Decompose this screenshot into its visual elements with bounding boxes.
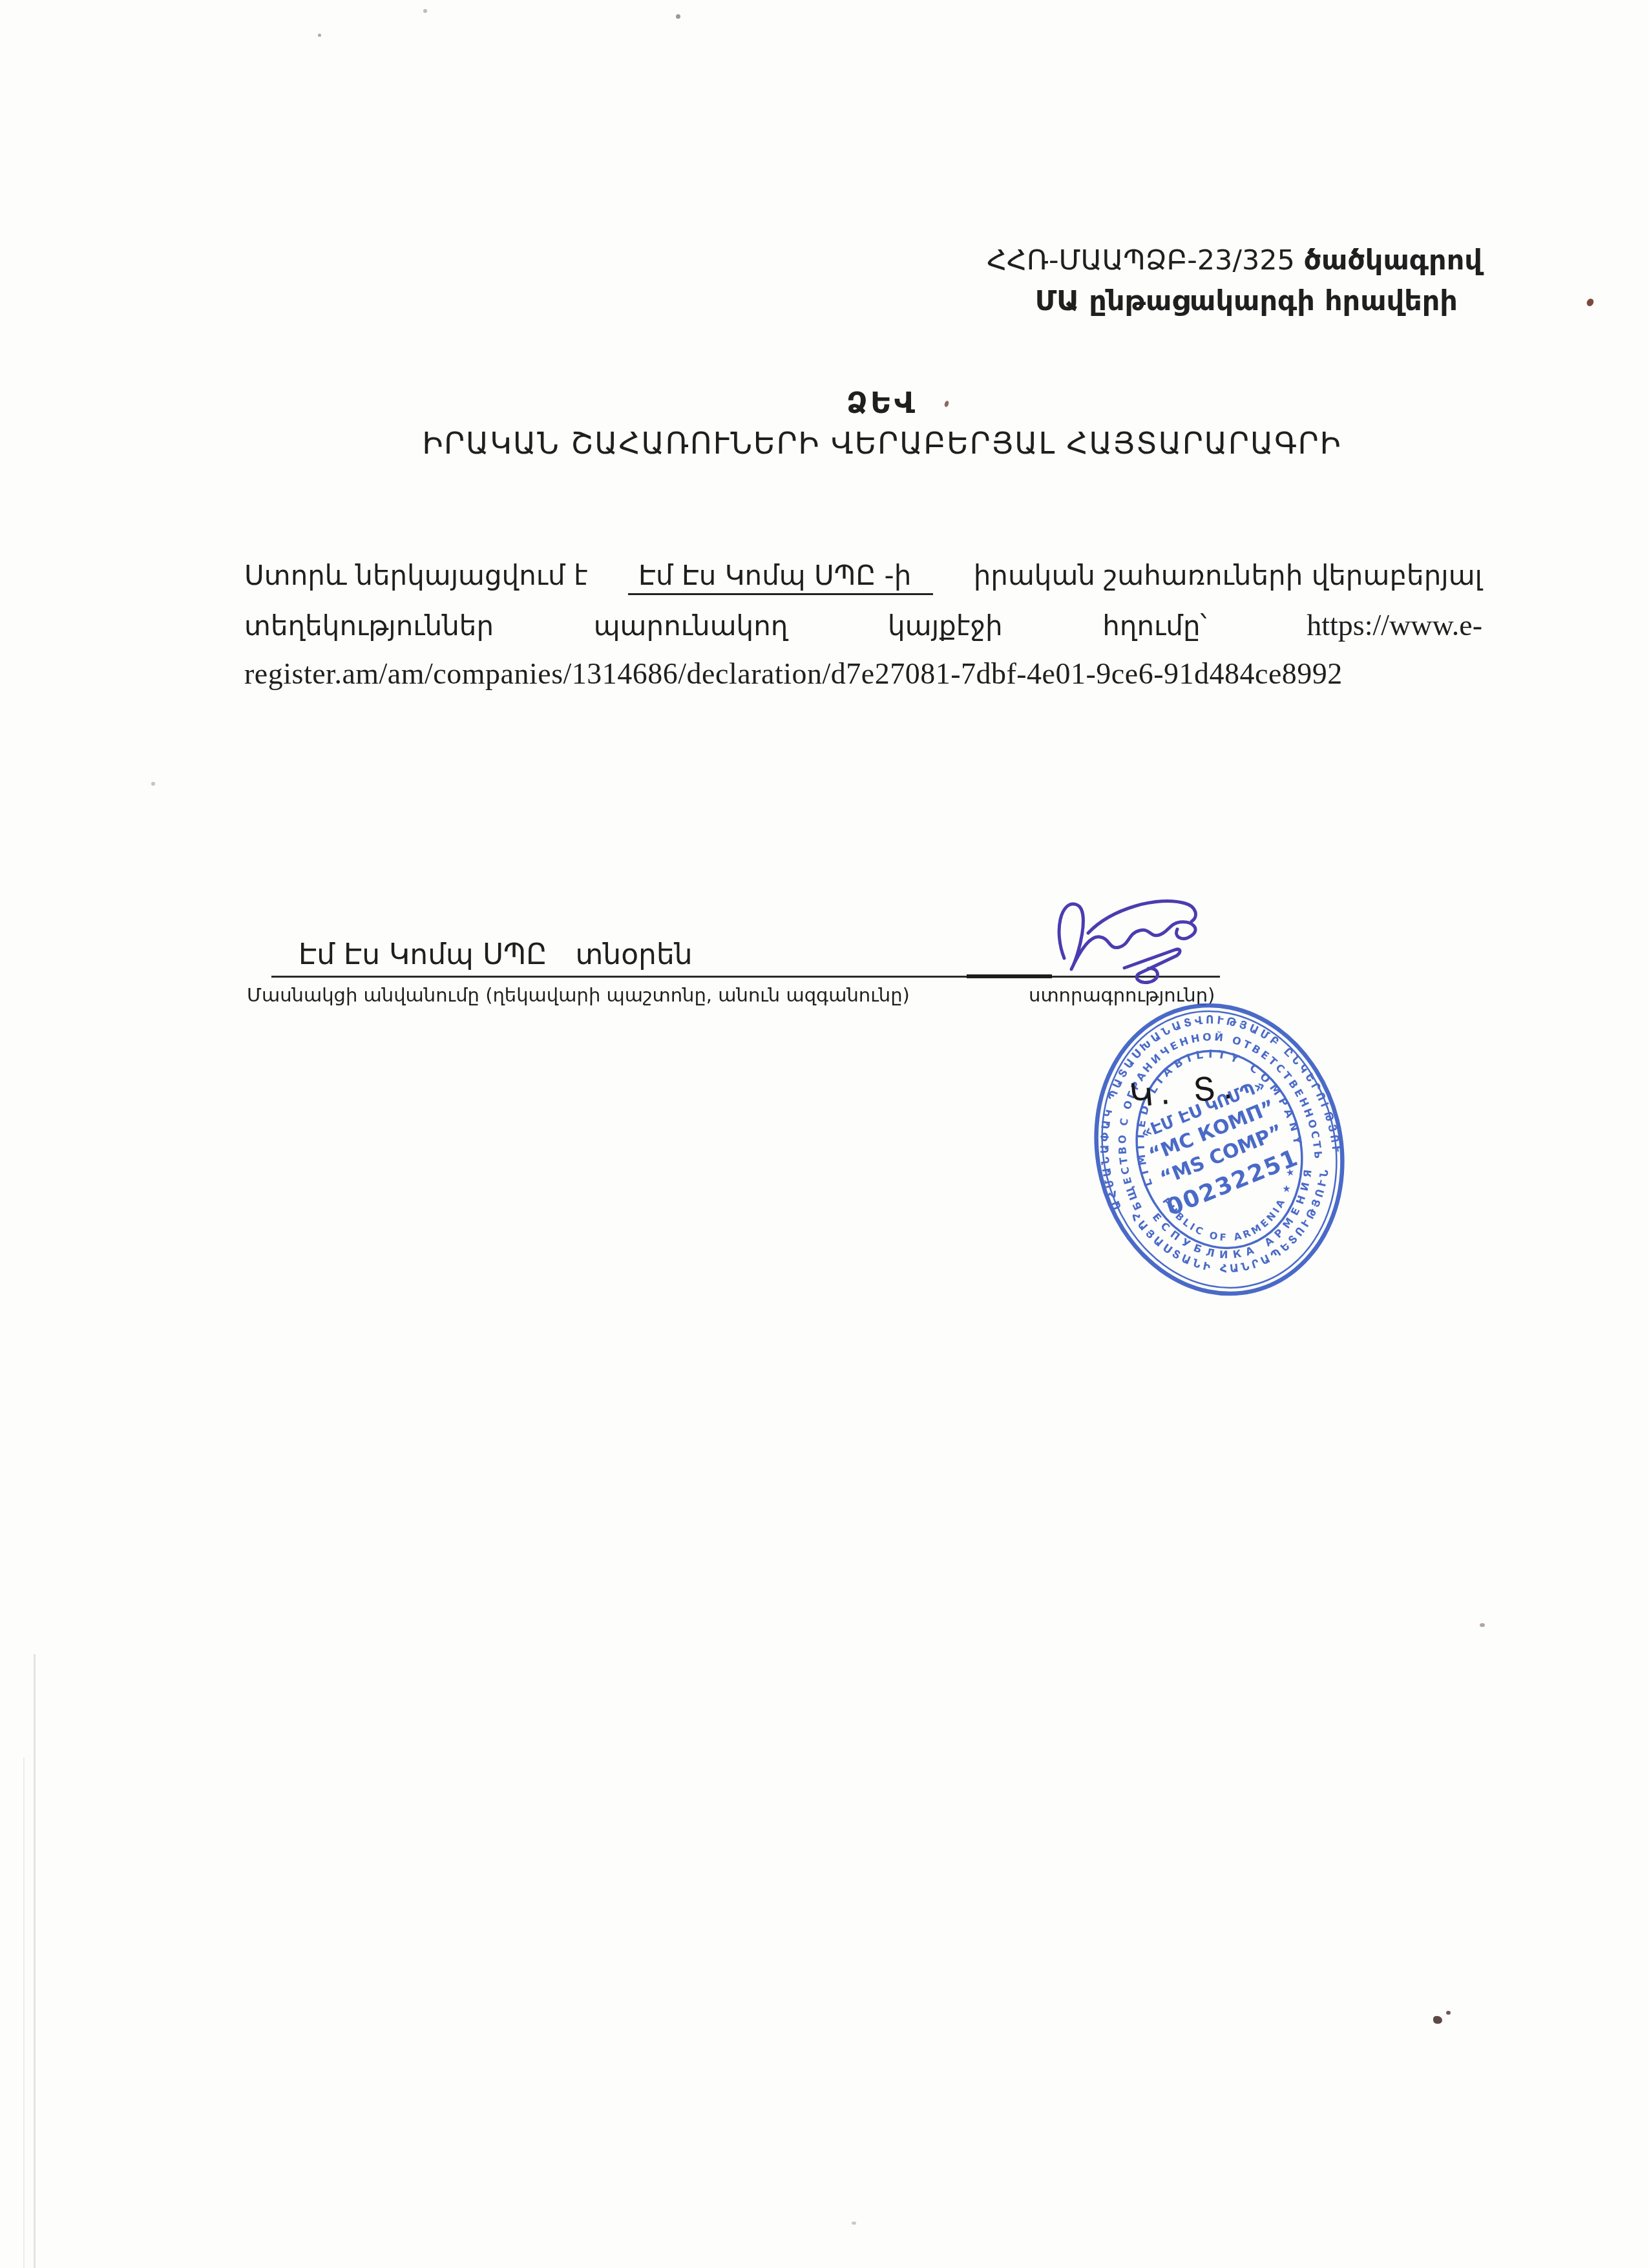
scan-speck bbox=[151, 782, 155, 786]
company-name-fill: Էմ Էս Կոմպ ՍՊԸ -ի bbox=[628, 560, 933, 595]
declaration-url-part2: register.am/am/companies/1314686/declara… bbox=[244, 656, 1482, 705]
scan-speck bbox=[423, 9, 427, 13]
paragraph-line-1: Ստորև ներկայացվում է Էմ Էս Կոմպ ՍՊԸ -ի ի… bbox=[244, 560, 1482, 608]
scanned-document-page: ՀՀՌ-ՄԱԱՊՁԲ-23/325 ծածկագրով ՄԱ ընթացակար… bbox=[0, 0, 1649, 2268]
procedure-invitation-line: ՄԱ ընթացակարգի հրավերի bbox=[987, 281, 1482, 322]
handwritten-signature bbox=[1048, 890, 1211, 996]
body-paragraph: Ստորև ներկայացվում է Էմ Էս Կոմպ ՍՊԸ -ի ի… bbox=[244, 560, 1482, 705]
signature-tail bbox=[1124, 949, 1180, 982]
body-word: տեղեկություններ bbox=[244, 610, 494, 642]
scan-speck bbox=[1586, 297, 1595, 307]
participant-role: տնօրեն bbox=[576, 938, 693, 971]
signature-flourish bbox=[1088, 901, 1195, 933]
company-seal: ՍԱՀՄԱՆԱՓԱԿ ՊԱՏԱՍԽԱՆԱՏՎՈՒԹՅԱՄԲ ԸՆԿԵՐՈՒԹՅՈ… bbox=[1087, 1000, 1352, 1299]
form-label: ՁԵՎ bbox=[284, 386, 1480, 420]
scan-speck bbox=[852, 2221, 856, 2225]
scan-speck bbox=[676, 14, 680, 19]
procurement-code-suffix: ծածկագրով bbox=[1304, 244, 1482, 277]
body-tail-text: իրական շահառուների վերաբերյալ bbox=[974, 560, 1482, 591]
body-word: կայքէջի bbox=[888, 610, 1002, 642]
scan-speck bbox=[1480, 1623, 1485, 1627]
scan-edge-artifact bbox=[23, 1758, 25, 2268]
procurement-code: ՀՀՌ-ՄԱԱՊՁԲ-23/325 bbox=[987, 244, 1295, 277]
procurement-code-line: ՀՀՌ-ՄԱԱՊՁԲ-23/325 ծածկագրով bbox=[987, 240, 1482, 281]
paragraph-line-2: տեղեկություններ պարունակող կայքէջի հղում… bbox=[244, 608, 1482, 656]
document-title: ԻՐԱԿԱՆ ՇԱՀԱՌՈՒՆԵՐԻ ՎԵՐԱԲԵՐՅԱԼ ՀԱՅՏԱՐԱՐԱԳ… bbox=[284, 426, 1480, 461]
scan-speck bbox=[1433, 2016, 1442, 2024]
scan-edge-artifact bbox=[34, 1654, 36, 2268]
signature-stroke bbox=[1059, 904, 1195, 969]
body-lead-text: Ստորև ներկայացվում է bbox=[244, 560, 588, 591]
body-word: հղումը՝ bbox=[1102, 610, 1206, 642]
participant-caption: Մասնակցի անվանումը (ղեկավարի պաշտոնը, ան… bbox=[247, 984, 910, 1006]
participant-name-line: Էմ Էս Կոմպ ՍՊԸտնօրեն bbox=[299, 938, 693, 971]
participant-company-name: Էմ Էս Կոմպ ՍՊԸ bbox=[299, 938, 547, 971]
scan-speck bbox=[318, 34, 321, 37]
procurement-code-block: ՀՀՌ-ՄԱԱՊՁԲ-23/325 ծածկագրով ՄԱ ընթացակար… bbox=[987, 240, 1482, 322]
declaration-url-part1: https://www.e- bbox=[1307, 608, 1482, 642]
scan-speck bbox=[1446, 2011, 1451, 2015]
body-word: պարունակող bbox=[594, 610, 788, 642]
signature-rule-heavy-segment bbox=[967, 974, 1052, 978]
